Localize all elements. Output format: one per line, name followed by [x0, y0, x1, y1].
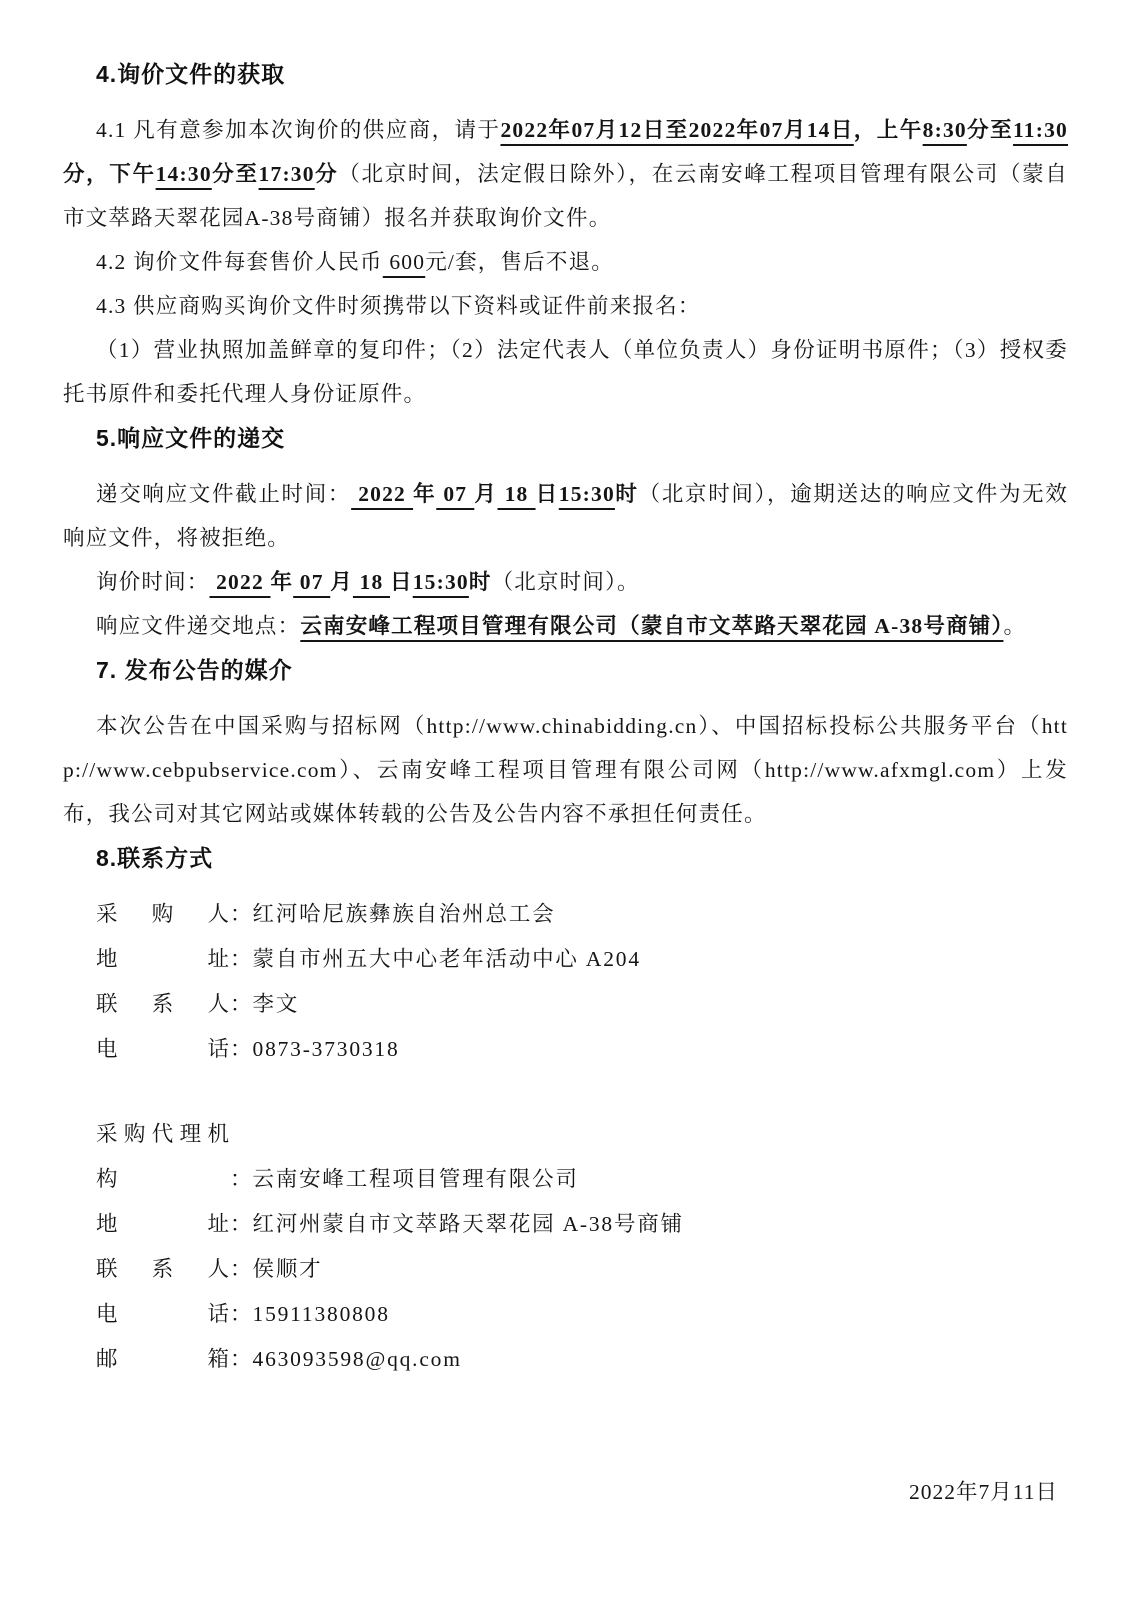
- text-segment: 分: [967, 118, 990, 142]
- contact-value: 蒙自市州五大中心老年活动中心 A204: [253, 947, 641, 971]
- contact-row-buyer-person: 联系人：李文: [96, 982, 1068, 1027]
- contact-row-buyer-address: 地址：蒙自市州五大中心老年活动中心 A204: [96, 937, 1068, 982]
- agency-contact-block: 采购代理机构：云南安峰工程项目管理有限公司 地址：红河州蒙自市文萃路天翠花园 A…: [96, 1112, 1068, 1382]
- paragraph-7-media: 本次公告在中国采购与招标网（http://www.chinabidding.cn…: [63, 704, 1068, 836]
- document-date: 2022年7月11日: [63, 1470, 1068, 1514]
- contact-separator: ：: [230, 1212, 253, 1236]
- text-segment: 分至: [212, 162, 259, 186]
- contact-row-agency-person: 联系人：侯顺才: [96, 1247, 1068, 1292]
- text-segment: 本次公告在中国采购与招标网（http://www.chinabidding.cn…: [63, 714, 1068, 826]
- text-segment: 2022: [351, 482, 413, 506]
- contact-value: 李文: [253, 992, 300, 1016]
- text-segment: （北京时间）。: [492, 570, 640, 594]
- contact-label: 邮箱: [96, 1337, 230, 1382]
- text-segment: 。: [1003, 614, 1026, 638]
- section-heading-5: 5.响应文件的递交: [63, 416, 1068, 460]
- text-segment: 4.1 凡有意参加本次询价的供应商，请于: [96, 118, 500, 142]
- paragraph-5-submit-location: 响应文件递交地点：云南安峰工程项目管理有限公司（蒙自市文萃路天翠花园 A-38号…: [63, 604, 1068, 648]
- contact-value: 云南安峰工程项目管理有限公司: [253, 1167, 579, 1191]
- paragraph-5-inquiry-time: 询价时间： 2022 年 07 月 18 日15:30时（北京时间）。: [63, 560, 1068, 604]
- paragraph-4-1: 4.1 凡有意参加本次询价的供应商，请于2022年07月12日至2022年07月…: [63, 108, 1068, 240]
- text-segment: 11:30: [1013, 118, 1068, 142]
- contact-label: 地址: [96, 1202, 230, 1247]
- text-segment: 15:30: [559, 482, 615, 506]
- section-heading-4: 4.询价文件的获取: [63, 52, 1068, 96]
- contact-label: 采购人: [96, 892, 230, 937]
- contact-separator: ：: [230, 947, 253, 971]
- contact-value: 0873-3730318: [253, 1037, 400, 1061]
- contact-separator: ：: [230, 1037, 253, 1061]
- text-segment: 14:30: [156, 162, 212, 186]
- text-segment: 2022年07月12日至2022年07月14日: [500, 118, 853, 142]
- text-segment: 15:30: [413, 570, 469, 594]
- text-segment: 18: [498, 482, 536, 506]
- contact-label: 地址: [96, 937, 230, 982]
- paragraph-4-2: 4.2 询价文件每套售价人民币 600元/套，售后不退。: [63, 240, 1068, 284]
- contact-label: 电话: [96, 1292, 230, 1337]
- paragraph-4-3: 4.3 供应商购买询价文件时须携带以下资料或证件前来报名：: [63, 284, 1068, 328]
- text-segment: 至: [990, 118, 1013, 142]
- contact-row-agency-phone: 电话：15911380808: [96, 1292, 1068, 1337]
- document-page: 4.询价文件的获取 4.1 凡有意参加本次询价的供应商，请于2022年07月12…: [0, 0, 1131, 1600]
- text-segment: 询价时间：: [96, 570, 210, 594]
- contact-label: 联系人: [96, 1247, 230, 1292]
- contact-row-agency-email: 邮箱：463093598@qq.com: [96, 1337, 1068, 1382]
- text-segment: 月: [474, 482, 497, 506]
- contact-row-agency-name: 采购代理机构：云南安峰工程项目管理有限公司: [96, 1112, 1068, 1202]
- text-segment: 时: [469, 570, 492, 594]
- paragraph-5-deadline: 递交响应文件截止时间： 2022 年 07 月 18 日15:30时（北京时间）…: [63, 472, 1068, 560]
- contact-value: 红河州蒙自市文萃路天翠花园 A-38号商铺: [253, 1212, 684, 1236]
- text-segment: 2022: [210, 570, 271, 594]
- text-segment: 4.2 询价文件每套售价人民币: [96, 250, 383, 274]
- text-segment: 07: [436, 482, 474, 506]
- contact-separator: ：: [230, 1167, 253, 1191]
- contact-separator: ：: [230, 1302, 253, 1326]
- contact-separator: ：: [230, 1347, 253, 1371]
- text-segment: ，上午: [854, 118, 923, 142]
- buyer-contact-block: 采购人：红河哈尼族彝族自治州总工会 地址：蒙自市州五大中心老年活动中心 A204…: [96, 892, 1068, 1072]
- contact-separator: ：: [230, 1257, 253, 1281]
- contact-label: 联系人: [96, 982, 230, 1027]
- contact-separator: ：: [230, 992, 253, 1016]
- text-segment: 8:30: [923, 118, 967, 142]
- text-segment: 07: [293, 570, 330, 594]
- text-segment: 分: [315, 162, 339, 186]
- text-segment: 600: [383, 250, 425, 274]
- paragraph-4-3-items: （1）营业执照加盖鲜章的复印件；（2）法定代表人（单位负责人）身份证明书原件；（…: [63, 328, 1068, 416]
- text-segment: 日: [536, 482, 559, 506]
- text-segment: 日: [390, 570, 413, 594]
- contact-row-buyer-name: 采购人：红河哈尼族彝族自治州总工会: [96, 892, 1068, 937]
- text-segment: 云南安峰工程项目管理有限公司（蒙自市文萃路天翠花园 A-38号商铺）: [300, 614, 1003, 638]
- contact-row-agency-address: 地址：红河州蒙自市文萃路天翠花园 A-38号商铺: [96, 1202, 1068, 1247]
- text-segment: 响应文件递交地点：: [96, 614, 300, 638]
- text-segment: 年: [413, 482, 436, 506]
- text-segment: 17:30: [259, 162, 315, 186]
- contact-row-buyer-phone: 电话：0873-3730318: [96, 1027, 1068, 1072]
- contact-value: 463093598@qq.com: [253, 1347, 462, 1371]
- section-heading-7: 7. 发布公告的媒介: [63, 648, 1068, 692]
- text-segment: 18: [353, 570, 390, 594]
- text-segment: 时: [615, 482, 639, 506]
- contact-label: 采购代理机构: [96, 1112, 230, 1202]
- text-segment: （1）营业执照加盖鲜章的复印件；（2）法定代表人（单位负责人）身份证明书原件；（…: [63, 338, 1068, 406]
- text-segment: 月: [330, 570, 353, 594]
- contact-value: 红河哈尼族彝族自治州总工会: [253, 902, 556, 926]
- text-segment: 分，下午: [63, 162, 156, 186]
- contact-value: 侯顺才: [253, 1257, 323, 1281]
- text-segment: 4.3 供应商购买询价文件时须携带以下资料或证件前来报名：: [96, 294, 701, 318]
- text-segment: 年: [270, 570, 293, 594]
- text-segment: 元/套，售后不退。: [425, 250, 614, 274]
- text-segment: 递交响应文件截止时间：: [96, 482, 351, 506]
- contact-label: 电话: [96, 1027, 230, 1072]
- contact-value: 15911380808: [253, 1302, 390, 1326]
- section-heading-8: 8.联系方式: [63, 836, 1068, 880]
- contact-separator: ：: [230, 902, 253, 926]
